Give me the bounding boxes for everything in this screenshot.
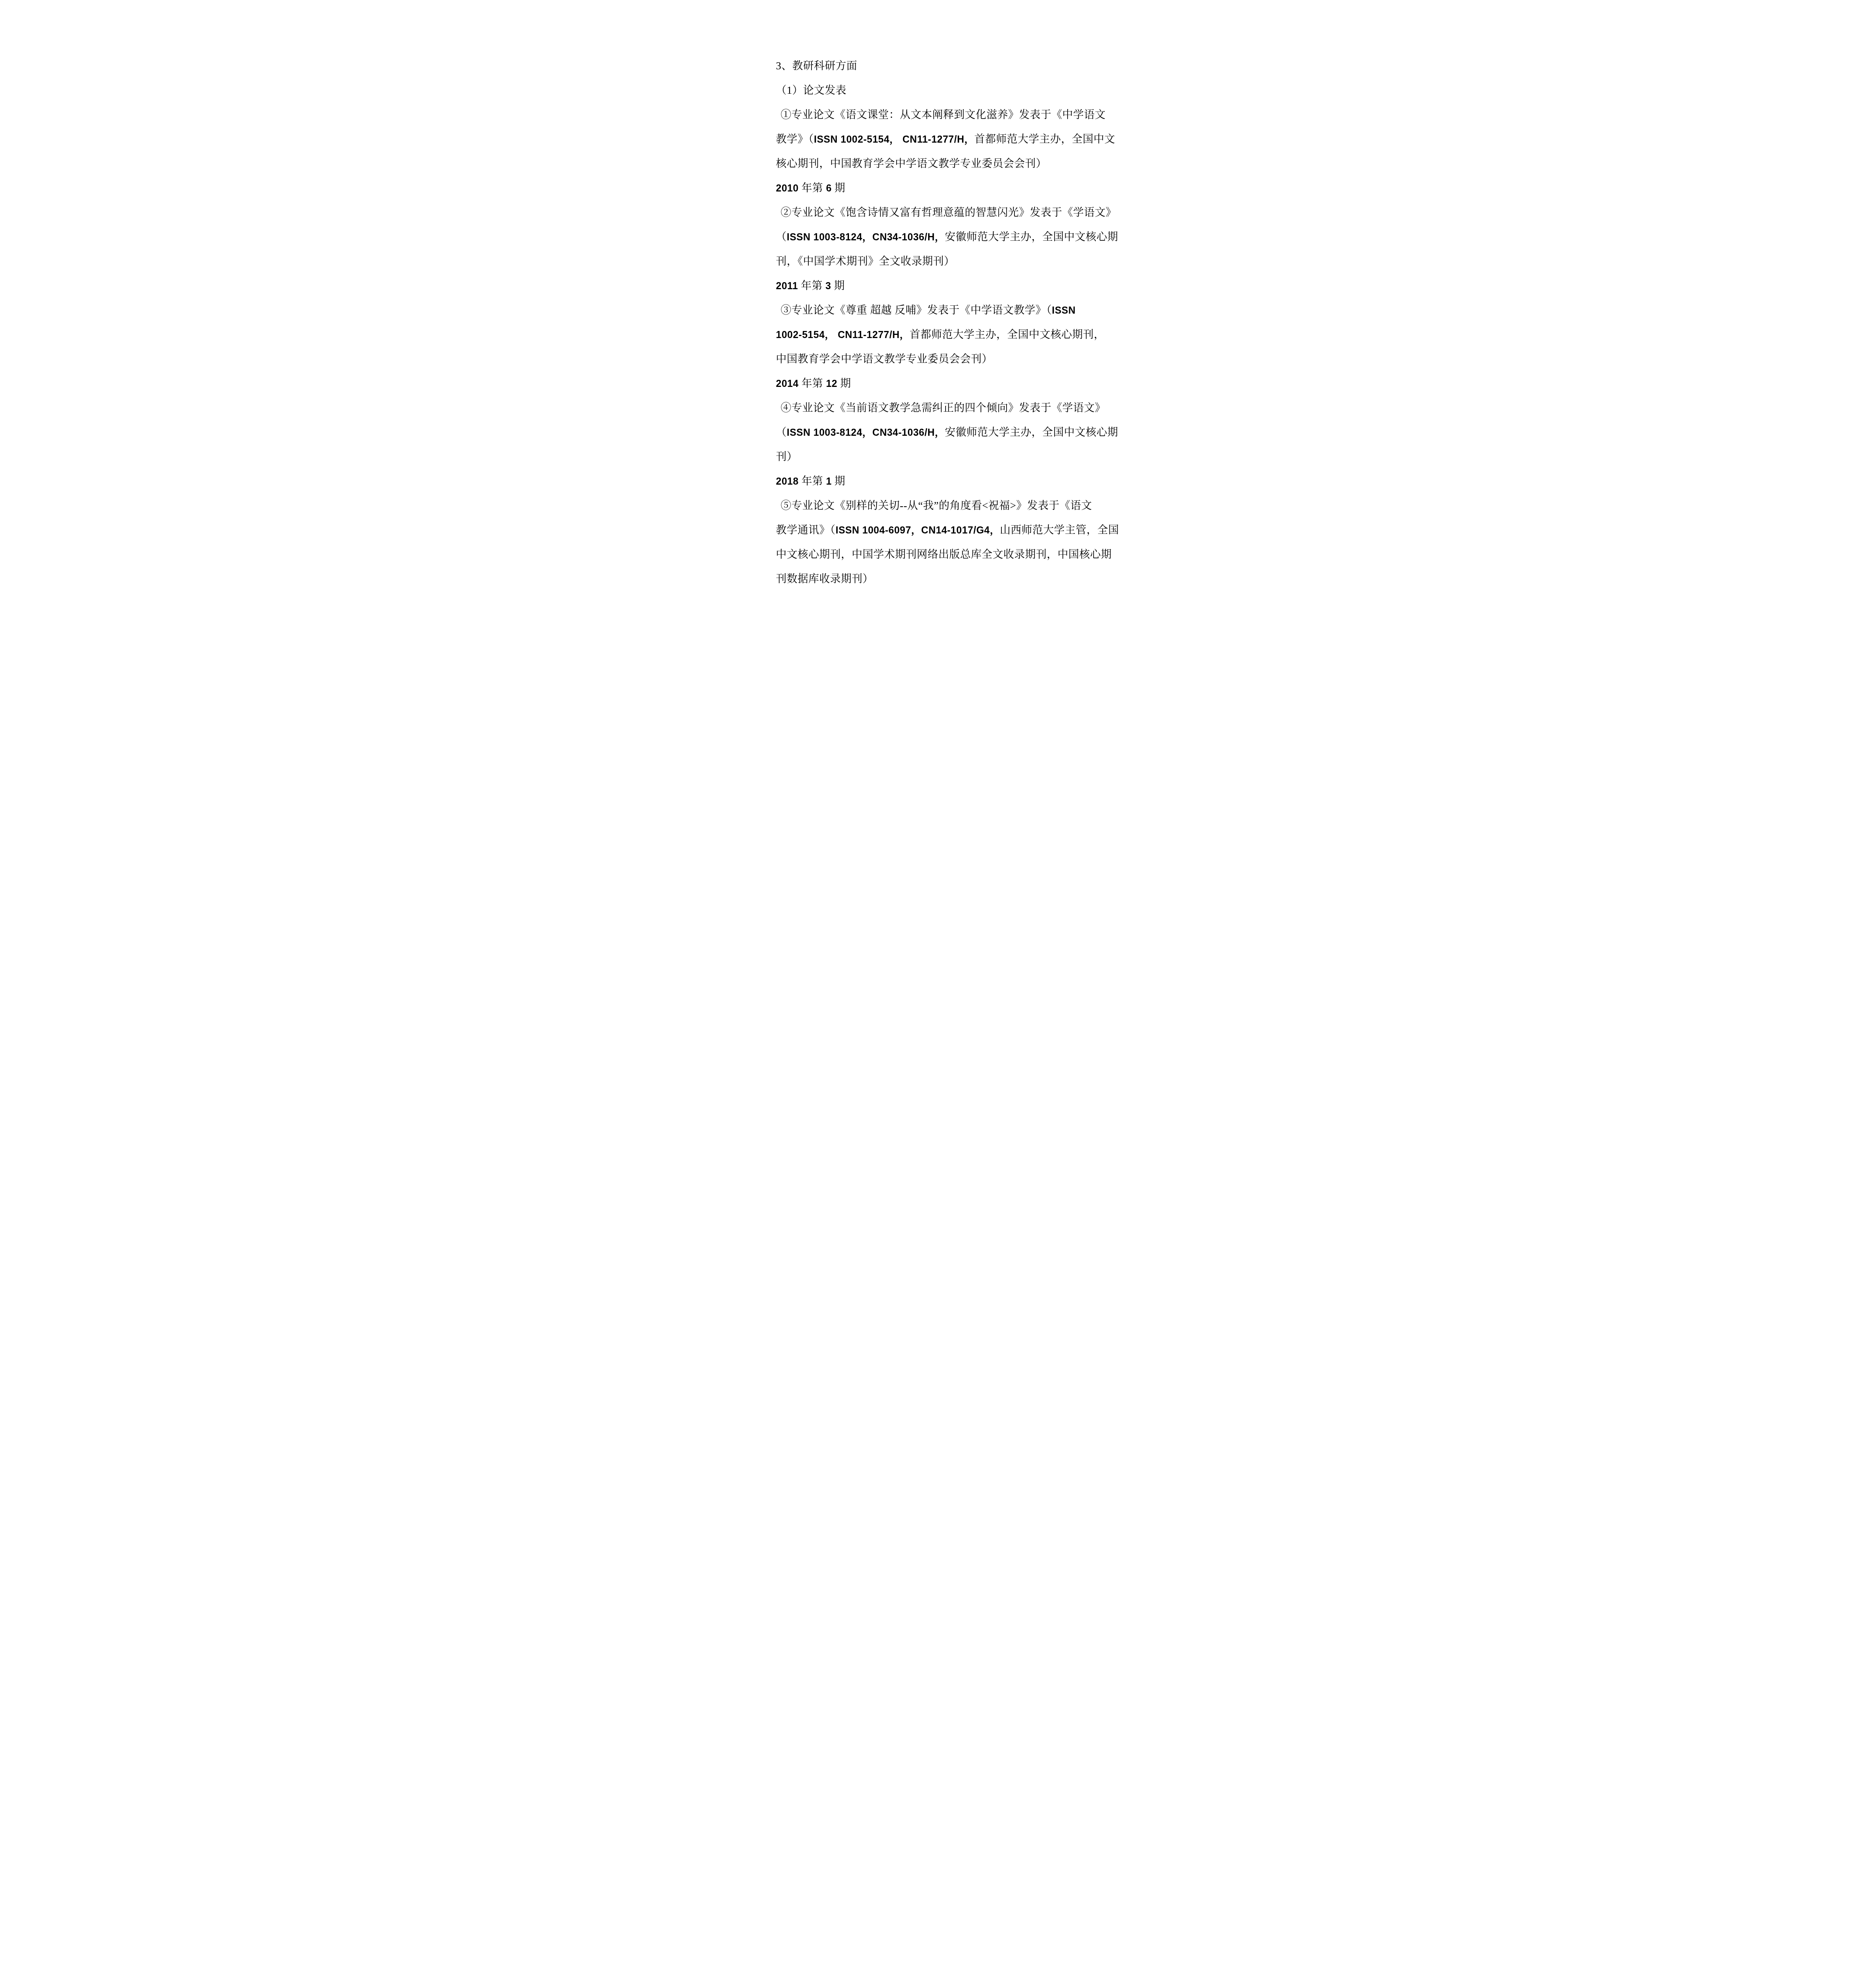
- number-text: 2018: [776, 476, 799, 487]
- text-segment: 年第: [799, 182, 826, 194]
- text-line: 2018 年第 1 期: [776, 469, 1107, 493]
- number-text: ISSN 1003-8124，CN34-1036/H，: [787, 427, 945, 438]
- text-segment: 刊，《中国学术期刊》全文收录期刊）: [776, 255, 955, 267]
- text-segment: 期: [837, 377, 851, 389]
- text-segment: 年第: [799, 475, 826, 487]
- text-segment: 首都师范大学主办，全国中文: [974, 133, 1115, 145]
- number-text: ISSN 1002-5154， CN11-1277/H，: [814, 134, 974, 145]
- text-line: 刊数据库收录期刊）: [776, 567, 1107, 591]
- number-text: 2011: [776, 281, 798, 292]
- text-segment: ③专业论文《尊重 超越 反哺》发表于《中学语文教学》（: [781, 304, 1052, 316]
- text-line: 3、教研科研方面: [776, 54, 1107, 78]
- text-line: 1002-5154， CN11-1277/H，首都师范大学主办，全国中文核心期刊…: [776, 322, 1107, 347]
- number-text: ISSN 1004-6097，CN14-1017/G4，: [836, 525, 1000, 536]
- number-text: 1: [826, 476, 832, 487]
- text-segment: 山西师范大学主管，全国: [1000, 524, 1119, 536]
- text-segment: 3、教研科研方面: [776, 60, 858, 72]
- text-line: 教学》（ISSN 1002-5154， CN11-1277/H，首都师范大学主办…: [776, 127, 1107, 151]
- text-segment: 年第: [798, 280, 826, 292]
- text-segment: 教学通讯》（: [776, 524, 836, 536]
- text-line: （ISSN 1003-8124，CN34-1036/H，安徽师范大学主办，全国中…: [776, 420, 1107, 444]
- text-segment: 教学》（: [776, 133, 814, 145]
- text-line: ②专业论文《饱含诗情又富有哲理意蕴的智慧闪光》发表于《学语文》: [776, 200, 1107, 225]
- number-text: 2010: [776, 183, 799, 194]
- text-line: 中国教育学会中学语文教学专业委员会会刊）: [776, 347, 1107, 371]
- text-segment: 中文核心期刊，中国学术期刊网络出版总库全文收录期刊，中国核心期: [776, 548, 1112, 560]
- text-segment: （: [776, 426, 787, 438]
- text-segment: 期: [832, 182, 845, 194]
- document-body: 3、教研科研方面（1）论文发表①专业论文《语文课堂：从文本阐释到文化滋养》发表于…: [776, 54, 1107, 591]
- text-line: 刊）: [776, 444, 1107, 469]
- number-text: 6: [826, 183, 832, 194]
- number-text: 12: [826, 378, 838, 389]
- text-segment: 年第: [799, 377, 826, 389]
- text-line: 中文核心期刊，中国学术期刊网络出版总库全文收录期刊，中国核心期: [776, 542, 1107, 567]
- text-segment: ④专业论文《当前语文教学急需纠正的四个倾向》发表于《学语文》: [781, 402, 1106, 414]
- text-line: 教学通讯》（ISSN 1004-6097，CN14-1017/G4，山西师范大学…: [776, 518, 1107, 542]
- text-line: ④专业论文《当前语文教学急需纠正的四个倾向》发表于《学语文》: [776, 396, 1107, 420]
- text-line: ⑤专业论文《别样的关切--从“我”的角度看<祝福>》发表于《语文: [776, 493, 1107, 518]
- number-text: 1002-5154， CN11-1277/H，: [776, 329, 910, 340]
- number-text: ISSN 1003-8124，CN34-1036/H，: [787, 232, 945, 243]
- text-segment: 安徽师范大学主办，全国中文核心期: [945, 231, 1118, 243]
- text-segment: 首都师范大学主办，全国中文核心期刊，: [910, 329, 1105, 340]
- number-text: 3: [825, 281, 831, 292]
- text-line: 核心期刊，中国教育学会中学语文教学专业委员会会刊）: [776, 151, 1107, 176]
- text-line: ①专业论文《语文课堂：从文本阐释到文化滋养》发表于《中学语文: [776, 102, 1107, 127]
- text-line: 2011 年第 3 期: [776, 273, 1107, 298]
- text-segment: 核心期刊，中国教育学会中学语文教学专业委员会会刊）: [776, 158, 1047, 169]
- text-segment: 期: [831, 280, 845, 292]
- text-line: 刊，《中国学术期刊》全文收录期刊）: [776, 249, 1107, 273]
- text-line: （ISSN 1003-8124，CN34-1036/H，安徽师范大学主办，全国中…: [776, 225, 1107, 249]
- text-segment: 安徽师范大学主办，全国中文核心期: [945, 426, 1118, 438]
- text-segment: 刊数据库收录期刊）: [776, 573, 874, 585]
- number-text: 2014: [776, 378, 799, 389]
- text-segment: （: [776, 231, 787, 243]
- text-segment: 期: [832, 475, 845, 487]
- text-line: ③专业论文《尊重 超越 反哺》发表于《中学语文教学》（ISSN: [776, 298, 1107, 322]
- text-segment: （1）论文发表: [776, 84, 847, 96]
- text-line: 2014 年第 12 期: [776, 371, 1107, 396]
- text-segment: 中国教育学会中学语文教学专业委员会会刊）: [776, 353, 993, 365]
- text-line: 2010 年第 6 期: [776, 176, 1107, 200]
- document-page: 3、教研科研方面（1）论文发表①专业论文《语文课堂：从文本阐释到文化滋养》发表于…: [704, 0, 1173, 663]
- text-segment: ⑤专业论文《别样的关切--从“我”的角度看<祝福>》发表于《语文: [781, 500, 1092, 511]
- text-segment: 刊）: [776, 451, 798, 463]
- text-segment: ①专业论文《语文课堂：从文本阐释到文化滋养》发表于《中学语文: [781, 109, 1106, 121]
- number-text: ISSN: [1052, 305, 1075, 316]
- text-segment: ②专业论文《饱含诗情又富有哲理意蕴的智慧闪光》发表于《学语文》: [781, 206, 1117, 218]
- text-line: （1）论文发表: [776, 78, 1107, 102]
